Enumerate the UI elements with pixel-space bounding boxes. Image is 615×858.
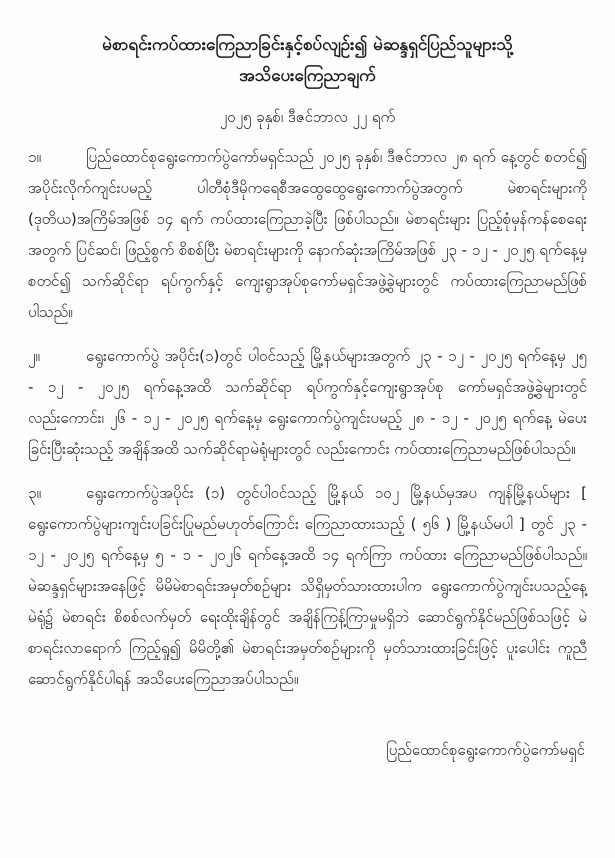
- paragraph-3-number: ၃။: [28, 478, 52, 509]
- announcement-document: မဲစာရင်းကပ်ထားကြေညာခြင်းနှင့်စပ်လျဉ်း၍ မ…: [0, 0, 615, 858]
- paragraph-1-text: ပြည်ထောင်စုရွေးကောက်ပွဲကော်မရှင်သည် ၂၀၂၅…: [28, 148, 587, 321]
- paragraph-3-text: ရွေးကောက်ပွဲအပိုင်း (၁) တွင်ပါဝင်သည့် မြ…: [28, 484, 587, 688]
- document-date: ၂၀၂၅ ခုနှစ်၊ ဒီဇင်ဘာလ ၂၂ ရက်: [28, 105, 587, 129]
- document-title-line-1: မဲစာရင်းကပ်ထားကြေညာခြင်းနှင့်စပ်လျဉ်း၍ မ…: [28, 30, 587, 61]
- paragraph-2-number: ၂။: [28, 341, 52, 372]
- paragraph-1-number: ၁။: [28, 142, 52, 173]
- paragraph-1: ၁။ပြည်ထောင်စုရွေးကောက်ပွဲကော်မရှင်သည် ၂၀…: [28, 142, 587, 328]
- document-signature: ပြည်ထောင်စုရွေးကောက်ပွဲကော်မရှင်: [28, 735, 587, 766]
- document-title-line-2: အသိပေးကြေညာချက်: [28, 61, 587, 92]
- paragraph-2: ၂။ရွေးကောက်ပွဲ အပိုင်း(၁)တွင် ပါဝင်သည့် …: [28, 341, 587, 465]
- document-body: ၁။ပြည်ထောင်စုရွေးကောက်ပွဲကော်မရှင်သည် ၂၀…: [28, 142, 587, 695]
- document-title: မဲစာရင်းကပ်ထားကြေညာခြင်းနှင့်စပ်လျဉ်း၍ မ…: [28, 30, 587, 92]
- paragraph-2-text: ရွေးကောက်ပွဲ အပိုင်း(၁)တွင် ပါဝင်သည့် မြ…: [28, 347, 587, 458]
- paragraph-3: ၃။ရွေးကောက်ပွဲအပိုင်း (၁) တွင်ပါဝင်သည့် …: [28, 478, 587, 695]
